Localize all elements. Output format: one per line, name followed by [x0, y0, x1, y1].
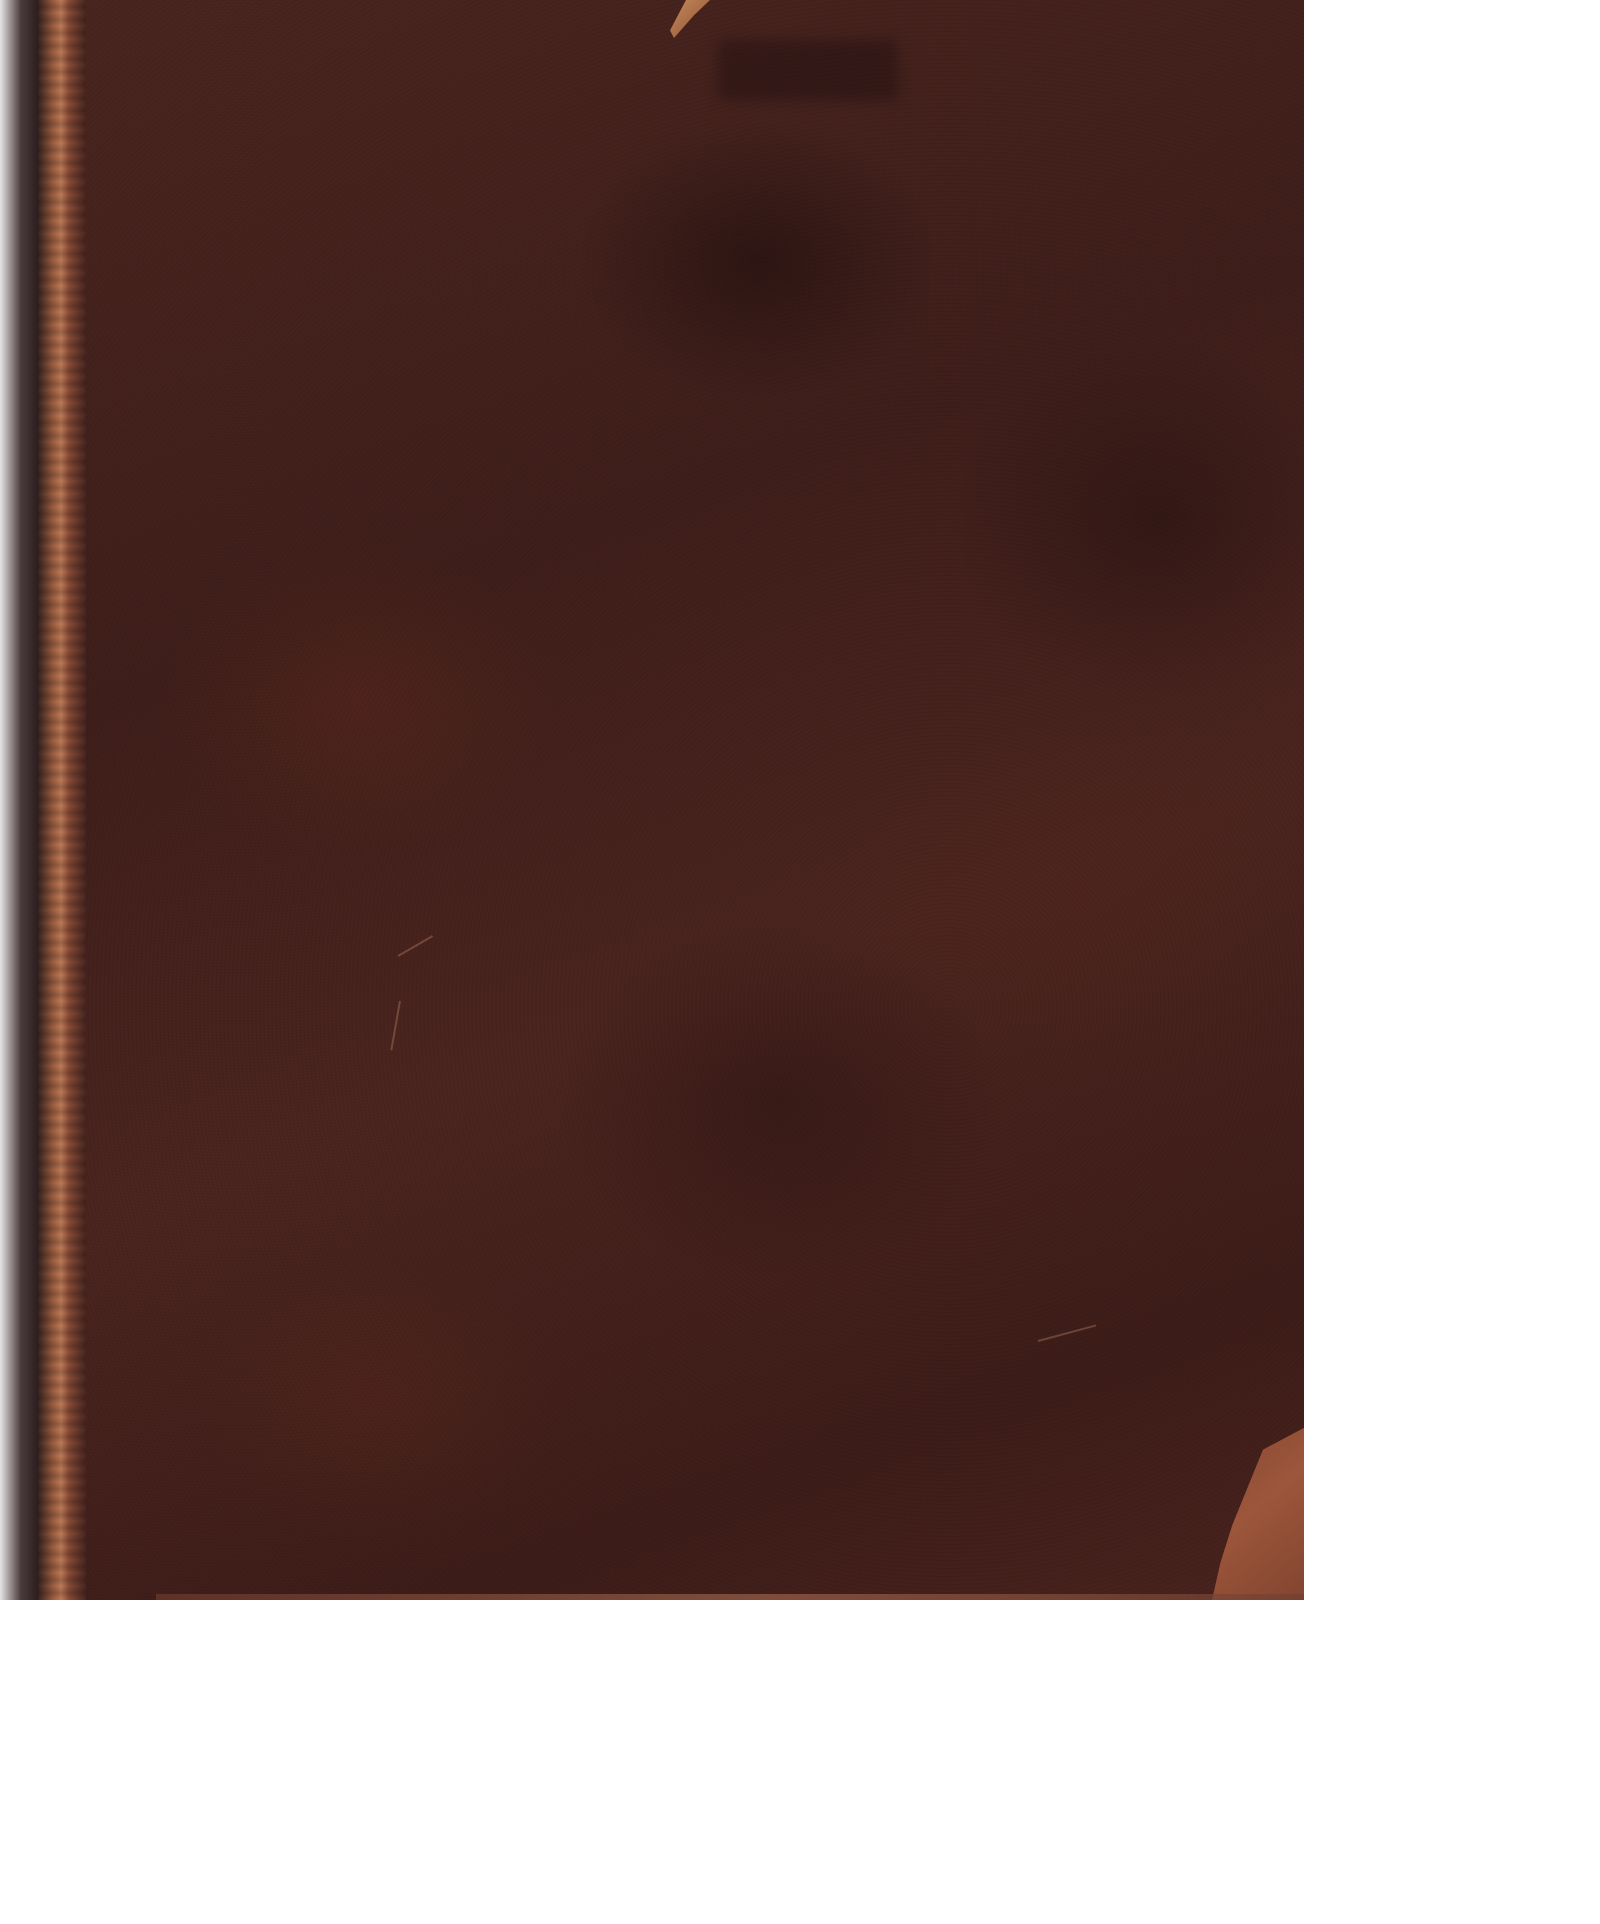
faded-stamp-mark — [718, 40, 898, 100]
bottom-edge — [156, 1594, 1304, 1600]
leather-cover — [78, 0, 1304, 1600]
worn-spine-edge — [38, 0, 86, 1600]
leather-grain-texture — [78, 0, 1304, 1600]
book-cover-photo — [0, 0, 1304, 1600]
